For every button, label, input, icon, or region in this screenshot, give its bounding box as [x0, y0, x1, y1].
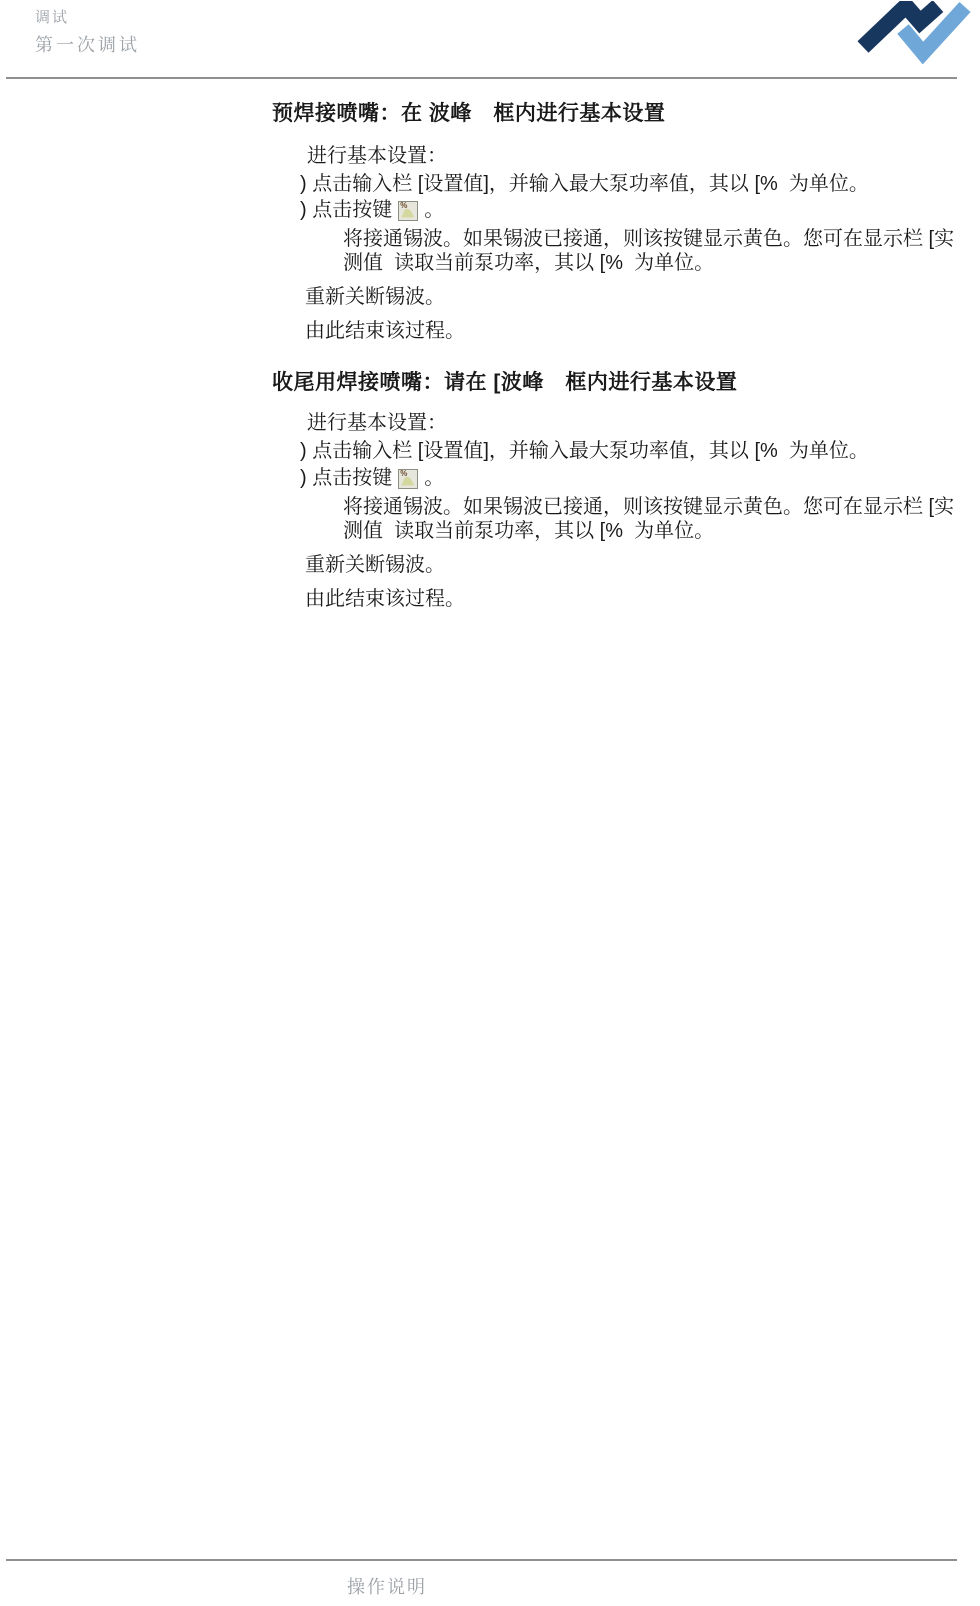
section1-result-text: 将接通锡波。如果锡波已接通，则该按键显示黄色。您可在显示栏 [实 测值 读取当前… — [343, 227, 954, 275]
section2-note-process-end: 由此结束该过程。 — [305, 587, 465, 612]
percent-icon: % — [400, 201, 407, 210]
percent-icon: % — [400, 469, 407, 478]
solder-wave-icon — [401, 477, 414, 486]
section2-step-button-suffix: 。 — [424, 466, 444, 491]
solder-wave-icon — [401, 209, 414, 218]
section1-heading: 预焊接喷嘴：在 波峰 框内进行基本设置 — [272, 101, 665, 127]
section1-step-button-suffix: 。 — [424, 198, 444, 223]
wave-power-key-icon: % — [398, 201, 418, 221]
section2-note-switch-off: 重新关断锡波。 — [305, 553, 445, 578]
section1-step-button-prefix: ) 点击按键 — [300, 198, 392, 223]
header-divider — [6, 77, 957, 79]
section1-step-button: ) 点击按键 % 。 — [300, 198, 444, 223]
footer-divider — [6, 1559, 957, 1561]
section2-result-text: 将接通锡波。如果锡波已接通，则该按键显示黄色。您可在显示栏 [实 测值 读取当前… — [343, 495, 954, 543]
section1-intro: 进行基本设置： — [307, 144, 447, 169]
section1-note-process-end: 由此结束该过程。 — [305, 319, 465, 344]
wave-power-key-icon: % — [398, 469, 418, 489]
section1-note-switch-off: 重新关断锡波。 — [305, 285, 445, 310]
section2-intro: 进行基本设置： — [307, 411, 447, 436]
header-doc-type: 调试 — [35, 8, 69, 28]
section1-step-input: ) 点击输入栏 [设置值]，并输入最大泵功率值，其以 [% 为单位。 — [300, 172, 869, 197]
section2-step-button: ) 点击按键 % 。 — [300, 466, 444, 491]
section2-step-input: ) 点击输入栏 [设置值]，并输入最大泵功率值，其以 [% 为单位。 — [300, 439, 869, 464]
footer-label: 操作说明 — [347, 1575, 427, 1599]
manual-page: 调试 第一次调试 预焊接喷嘴：在 波峰 框内进行基本设置 进行基本设置： ) 点… — [0, 0, 980, 1606]
header-chapter-title: 第一次调试 — [35, 33, 140, 57]
section2-step-button-prefix: ) 点击按键 — [300, 466, 392, 491]
section2-heading: 收尾用焊接喷嘴：请在 [波峰 框内进行基本设置 — [272, 370, 737, 396]
ersa-logo — [852, 1, 977, 65]
